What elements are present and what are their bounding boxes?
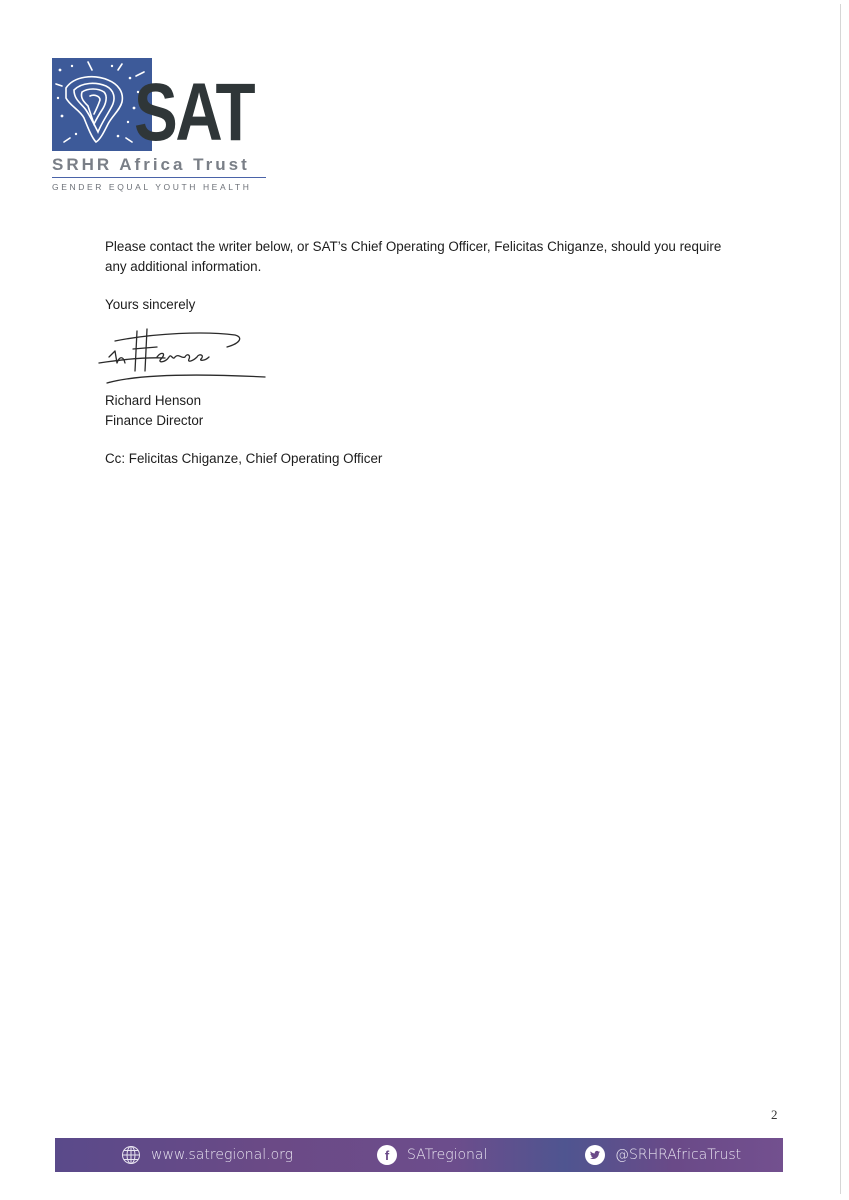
- logo-mark: SAT: [134, 74, 253, 152]
- page-number: 2: [771, 1107, 778, 1123]
- signature: [105, 317, 285, 391]
- footer-band: www.satregional.org f SATregional @SRHRA…: [55, 1138, 783, 1172]
- cc-line: Cc: Felicitas Chiganze, Chief Operating …: [105, 449, 745, 469]
- logo-tagline: GENDER EQUAL YOUTH HEALTH: [52, 182, 268, 192]
- closing: Yours sincerely: [105, 295, 745, 315]
- signer-title: Finance Director: [105, 411, 745, 431]
- letter-body: Please contact the writer below, or SAT’…: [105, 237, 745, 469]
- twitter-label: @SRHRAfricaTrust: [615, 1147, 741, 1163]
- footer-facebook-link[interactable]: f SATregional: [377, 1145, 487, 1165]
- logo-divider: [52, 177, 266, 178]
- footer-twitter-link[interactable]: @SRHRAfricaTrust: [585, 1145, 741, 1165]
- signer-name: Richard Henson: [105, 391, 745, 411]
- twitter-icon: [585, 1145, 605, 1165]
- page-edge-line: [840, 4, 841, 1194]
- logo-organization-name: SRHR Africa Trust: [52, 155, 268, 175]
- globe-icon: [121, 1145, 141, 1165]
- contact-paragraph: Please contact the writer below, or SAT’…: [105, 237, 745, 277]
- facebook-label: SATregional: [407, 1147, 487, 1163]
- sat-logo: SAT SRHR Africa Trust GENDER EQUAL YOUTH…: [52, 58, 268, 192]
- logo-artwork: SAT: [52, 58, 268, 151]
- website-label: www.satregional.org: [151, 1147, 293, 1163]
- facebook-icon: f: [377, 1145, 397, 1165]
- footer-website-link[interactable]: www.satregional.org: [121, 1145, 293, 1165]
